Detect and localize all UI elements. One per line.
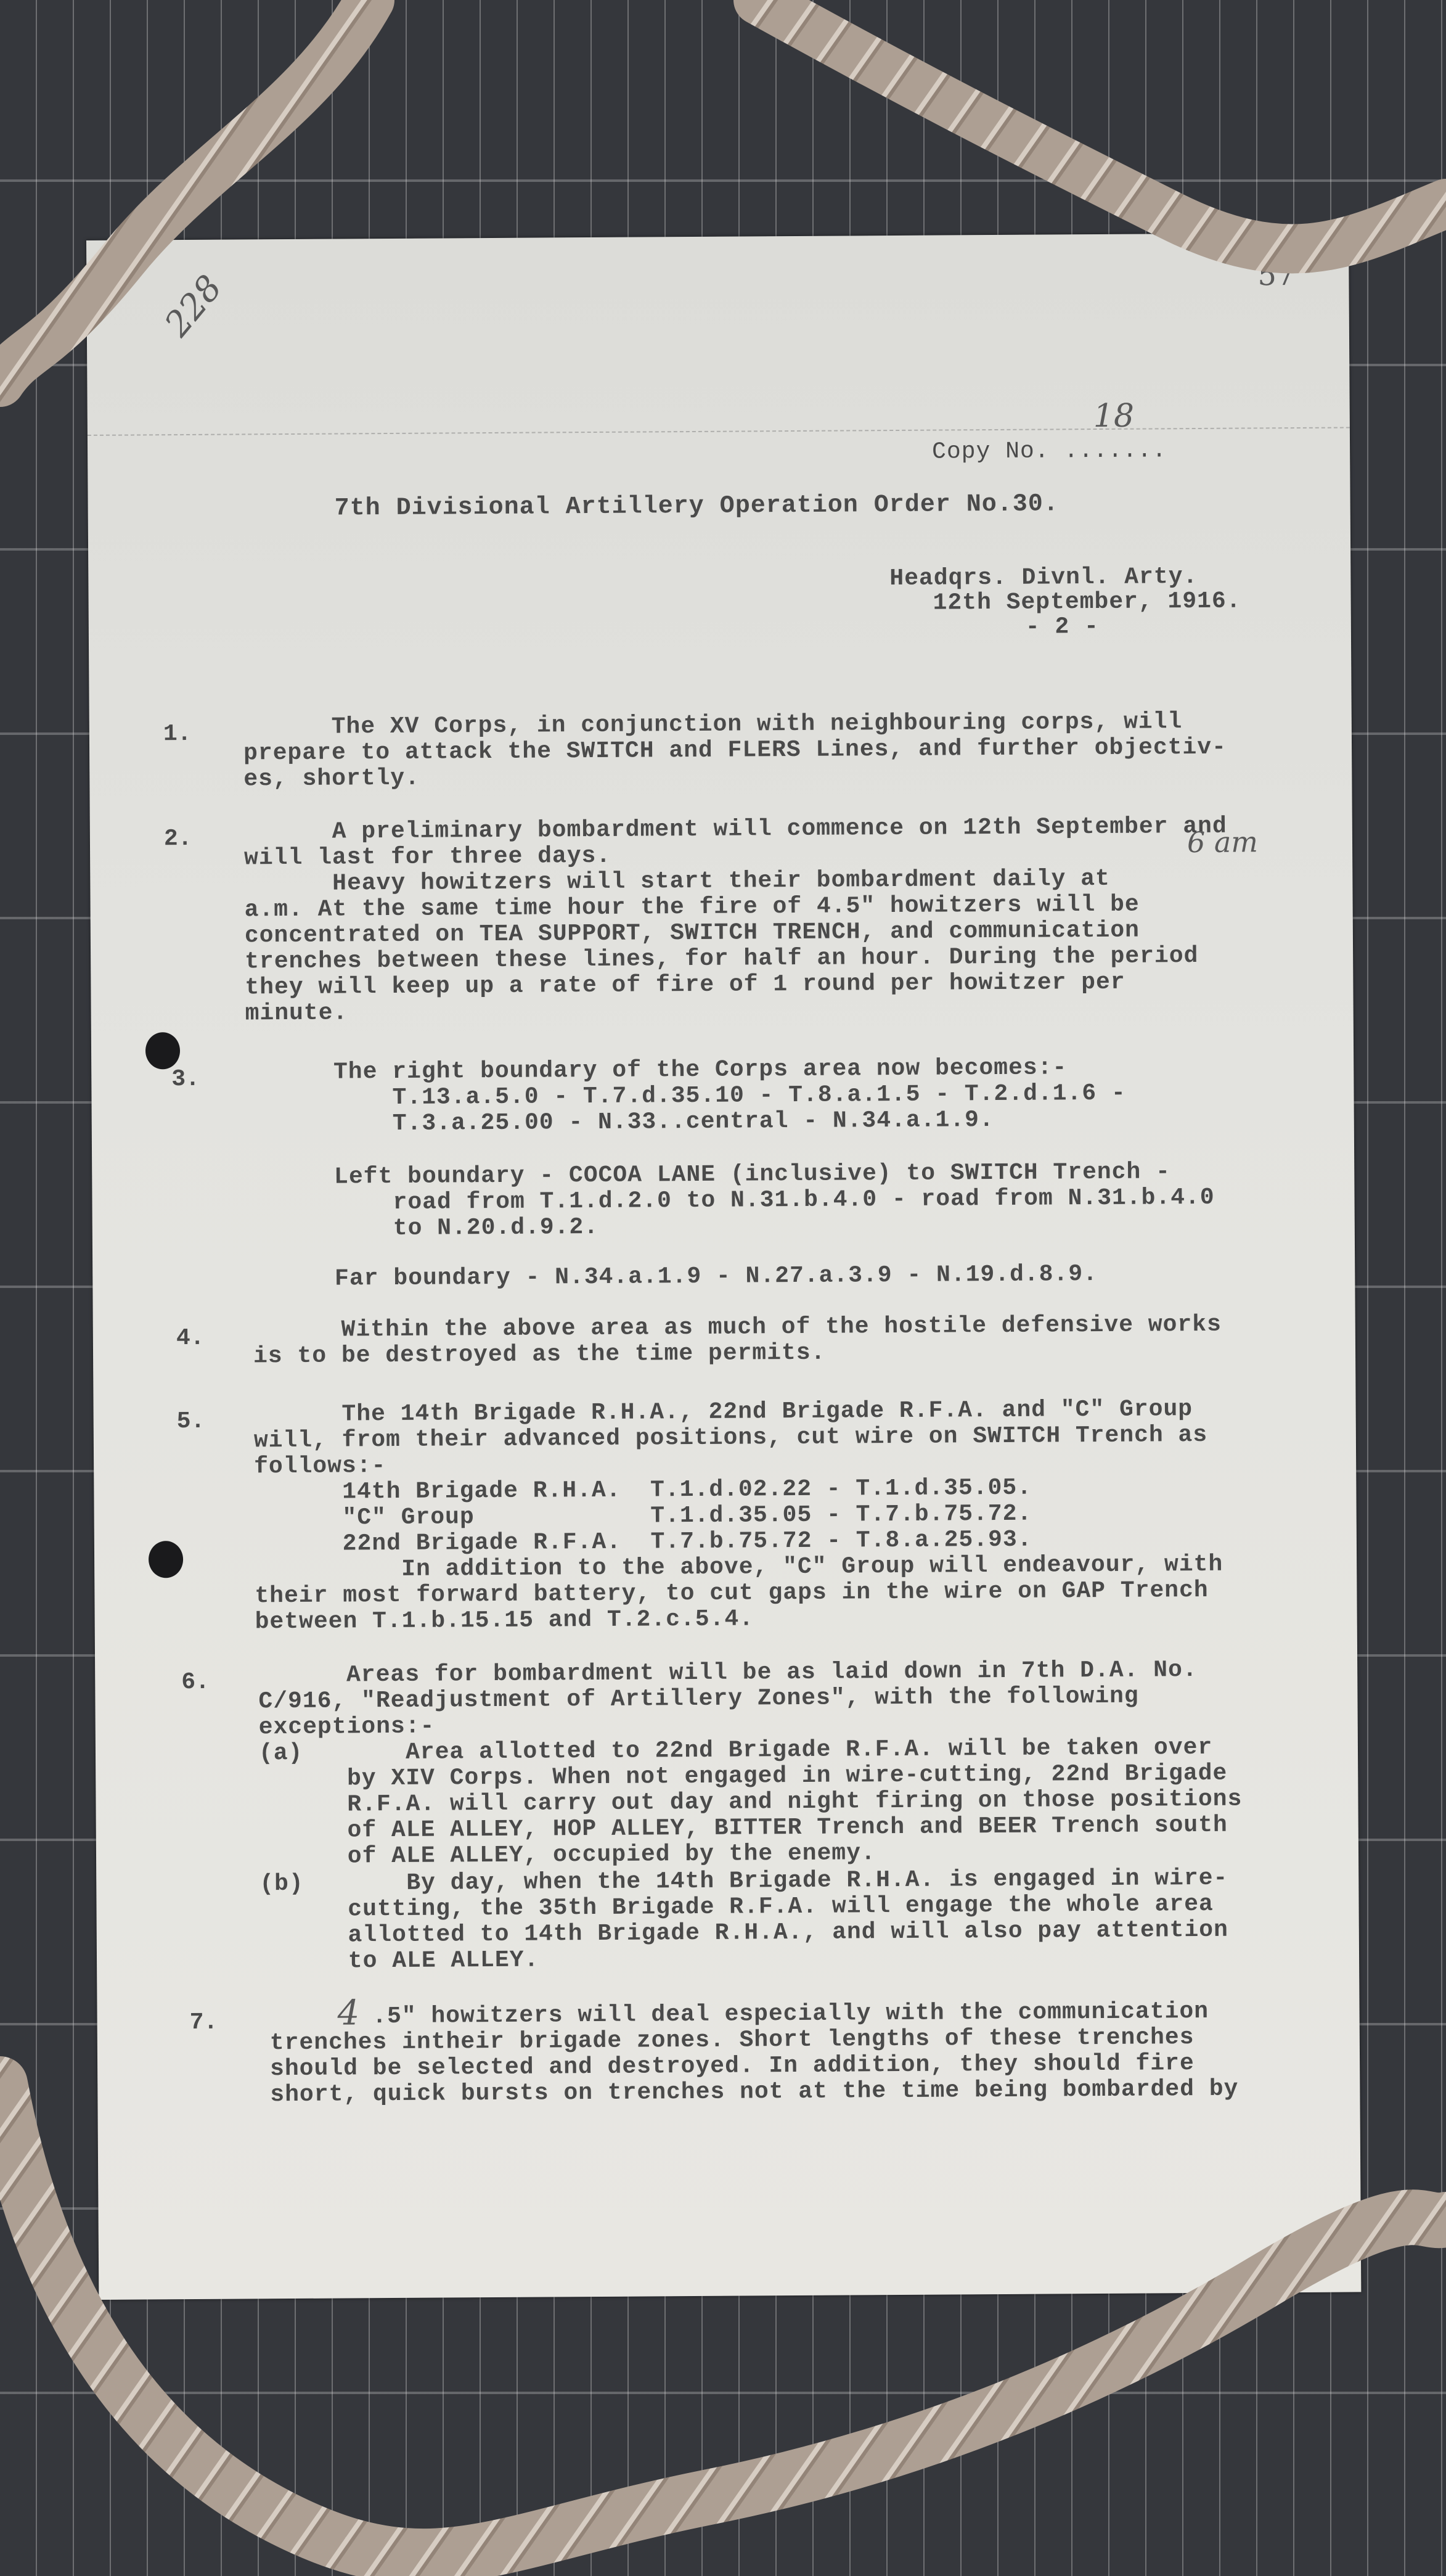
- paragraph-line: will last for three days.: [244, 843, 611, 872]
- paragraph-line: es, shortly.: [243, 765, 420, 793]
- paragraph-number: 3.: [171, 1066, 200, 1093]
- ruled-line: [88, 427, 1350, 436]
- paragraph-number: 7.: [190, 2009, 218, 2036]
- paragraph-line: will, from their advanced positions, cut…: [254, 1422, 1207, 1454]
- paragraph-line: their most forward battery, to cut gaps …: [255, 1577, 1208, 1609]
- punch-hole: [149, 1541, 183, 1578]
- paragraph-line: of ALE ALLEY, HOP ALLEY, BITTER Trench a…: [259, 1812, 1228, 1845]
- copy-number-handwritten: 18: [1093, 398, 1135, 435]
- paragraph-number: 5.: [177, 1408, 205, 1435]
- paragraph-line: C/916, "Readjustment of Artillery Zones"…: [258, 1683, 1138, 1715]
- paragraph-line: follows:-: [254, 1453, 386, 1480]
- folio-number-right: 57: [1257, 258, 1295, 292]
- paragraph-line: Far boundary - N.34.a.1.9 - N.27.a.3.9 -…: [247, 1261, 1098, 1292]
- paragraph-line: road from T.1.d.2.0 to N.31.b.4.0 - road…: [246, 1184, 1214, 1217]
- paragraph-line: is to be destroyed as the time permits.: [253, 1340, 826, 1370]
- paragraph-line: short, quick bursts on trenches not at t…: [270, 2076, 1238, 2109]
- paragraph-line: they will keep up a rate of fire of 1 ro…: [245, 969, 1125, 1001]
- folio-number-left: 228: [157, 268, 230, 345]
- paragraph-number: 1.: [163, 721, 192, 747]
- header-from: Headqrs. Divnl. Arty.: [889, 564, 1198, 592]
- paragraph-line: A preliminary bombardment will commence …: [244, 813, 1227, 846]
- paragraph-number: 4.: [176, 1325, 205, 1352]
- paragraph-line: between T.1.b.15.15 and T.2.c.5.4.: [255, 1606, 754, 1635]
- copy-label: Copy No. .......: [932, 437, 1167, 465]
- paragraph-line: prepare to attack the SWITCH and FLERS L…: [243, 734, 1227, 767]
- paragraph-line: Within the above area as much of the hos…: [253, 1311, 1222, 1344]
- document-page: 228 57 18 Copy No. ....... 7th Divisiona…: [86, 232, 1361, 2299]
- paragraph-line: T.3.a.25.00 - N.33..central - N.34.a.1.9…: [246, 1107, 994, 1138]
- paragraph-line: to ALE ALLEY.: [260, 1947, 539, 1975]
- header-date: 12th September, 1916.: [933, 588, 1241, 617]
- paragraph-number: 6.: [181, 1669, 210, 1696]
- paragraph-line: minute.: [245, 999, 348, 1027]
- handwritten-time: 6 am: [1187, 825, 1258, 859]
- paragraph-line: of ALE ALLEY, occupied by the enemy.: [259, 1840, 876, 1870]
- paragraph-number: 2.: [164, 826, 192, 852]
- paragraph-line: allotted to 14th Brigade R.H.A., and wil…: [260, 1917, 1228, 1950]
- header-page: - 2 -: [1026, 613, 1099, 641]
- paragraph-line: exceptions:-: [259, 1713, 435, 1741]
- paragraph-line: to N.20.d.9.2.: [247, 1214, 599, 1242]
- punch-hole: [145, 1032, 180, 1069]
- document-title: 7th Divisional Artillery Operation Order…: [335, 490, 1059, 522]
